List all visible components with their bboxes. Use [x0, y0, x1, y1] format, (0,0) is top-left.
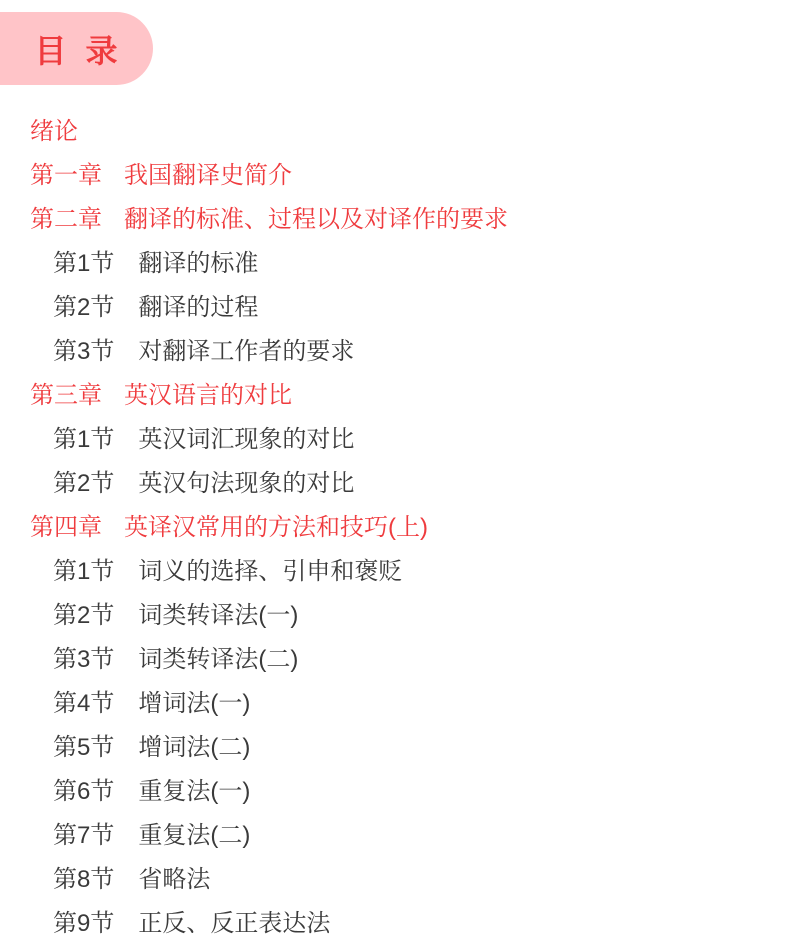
toc-entry-label: 第一章: [30, 155, 102, 190]
toc-entry-label: 第2节: [53, 595, 114, 630]
toc-entry-section[interactable]: 第2节 翻译的过程: [0, 282, 790, 326]
toc-entry-chapter[interactable]: 第三章 英汉语言的对比: [0, 370, 790, 414]
toc-entry-title: 词义的选择、引申和褒贬: [138, 551, 402, 586]
toc-page-title: 目 录: [35, 26, 119, 72]
toc-entry-label: 第2节: [53, 463, 114, 498]
toc-entry-section[interactable]: 第7节 重复法(二): [0, 810, 790, 854]
toc-entry-title: 正反、反正表达法: [138, 903, 330, 938]
toc-entry-title: 我国翻译史简介: [124, 155, 292, 190]
toc-entry-label: 第8节: [53, 859, 114, 894]
toc-entry-label: 第四章: [30, 507, 102, 542]
toc-entry-chapter[interactable]: 第四章 英译汉常用的方法和技巧(上): [0, 502, 790, 546]
toc-entry-section[interactable]: 第4节 增词法(一): [0, 678, 790, 722]
toc-entry-title: 重复法(一): [138, 771, 250, 806]
toc-entry-section[interactable]: 第5节 增词法(二): [0, 722, 790, 766]
toc-entry-section[interactable]: 第1节 词义的选择、引申和褒贬: [0, 546, 790, 590]
toc-entry-title: 英汉词汇现象的对比: [138, 419, 354, 454]
toc-entry-label: 第3节: [53, 331, 114, 366]
toc-entry-label: 第5节: [53, 727, 114, 762]
toc-entry-title: 重复法(二): [138, 815, 250, 850]
toc-entry-section[interactable]: 第1节 翻译的标准: [0, 238, 790, 282]
toc-list: 绪论 第一章 我国翻译史简介 第二章 翻译的标准、过程以及对译作的要求 第1节 …: [0, 106, 790, 942]
toc-entry-label: 第1节: [53, 551, 114, 586]
toc-entry-label: 绪论: [30, 111, 78, 146]
toc-entry-label: 第9节: [53, 903, 114, 938]
toc-entry-section[interactable]: 第3节 词类转译法(二): [0, 634, 790, 678]
toc-entry-section[interactable]: 第1节 英汉词汇现象的对比: [0, 414, 790, 458]
toc-entry-label: 第7节: [53, 815, 114, 850]
toc-entry-title: 英汉语言的对比: [124, 375, 292, 410]
toc-entry-title: 词类转译法(一): [138, 595, 298, 630]
toc-entry-section[interactable]: 第8节 省略法: [0, 854, 790, 898]
toc-entry-chapter[interactable]: 第二章 翻译的标准、过程以及对译作的要求: [0, 194, 790, 238]
toc-entry-label: 第6节: [53, 771, 114, 806]
toc-entry-label: 第二章: [30, 199, 102, 234]
toc-entry-label: 第1节: [53, 243, 114, 278]
toc-entry-title: 增词法(一): [138, 683, 250, 718]
toc-entry-title: 英汉句法现象的对比: [138, 463, 354, 498]
toc-entry-label: 第三章: [30, 375, 102, 410]
toc-entry-title: 增词法(二): [138, 727, 250, 762]
toc-entry-section[interactable]: 第6节 重复法(一): [0, 766, 790, 810]
toc-entry-section[interactable]: 第9节 正反、反正表达法: [0, 898, 790, 942]
toc-entry-chapter[interactable]: 第一章 我国翻译史简介: [0, 150, 790, 194]
toc-entry-label: 第3节: [53, 639, 114, 674]
toc-entry-section[interactable]: 第2节 英汉句法现象的对比: [0, 458, 790, 502]
toc-entry-title: 翻译的标准、过程以及对译作的要求: [124, 199, 508, 234]
toc-entry-title: 英译汉常用的方法和技巧(上): [124, 507, 428, 542]
toc-entry-label: 第2节: [53, 287, 114, 322]
toc-entry-title: 省略法: [138, 859, 210, 894]
toc-entry-chapter[interactable]: 绪论: [0, 106, 790, 150]
toc-entry-title: 词类转译法(二): [138, 639, 298, 674]
toc-entry-section[interactable]: 第3节 对翻译工作者的要求: [0, 326, 790, 370]
toc-entry-title: 对翻译工作者的要求: [138, 331, 354, 366]
toc-entry-label: 第4节: [53, 683, 114, 718]
toc-page: 目 录 绪论 第一章 我国翻译史简介 第二章 翻译的标准、过程以及对译作的要求 …: [0, 0, 790, 943]
toc-entry-title: 翻译的标准: [138, 243, 258, 278]
toc-entry-label: 第1节: [53, 419, 114, 454]
toc-entry-section[interactable]: 第2节 词类转译法(一): [0, 590, 790, 634]
toc-entry-title: 翻译的过程: [138, 287, 258, 322]
toc-header-badge: 目 录: [0, 12, 153, 85]
